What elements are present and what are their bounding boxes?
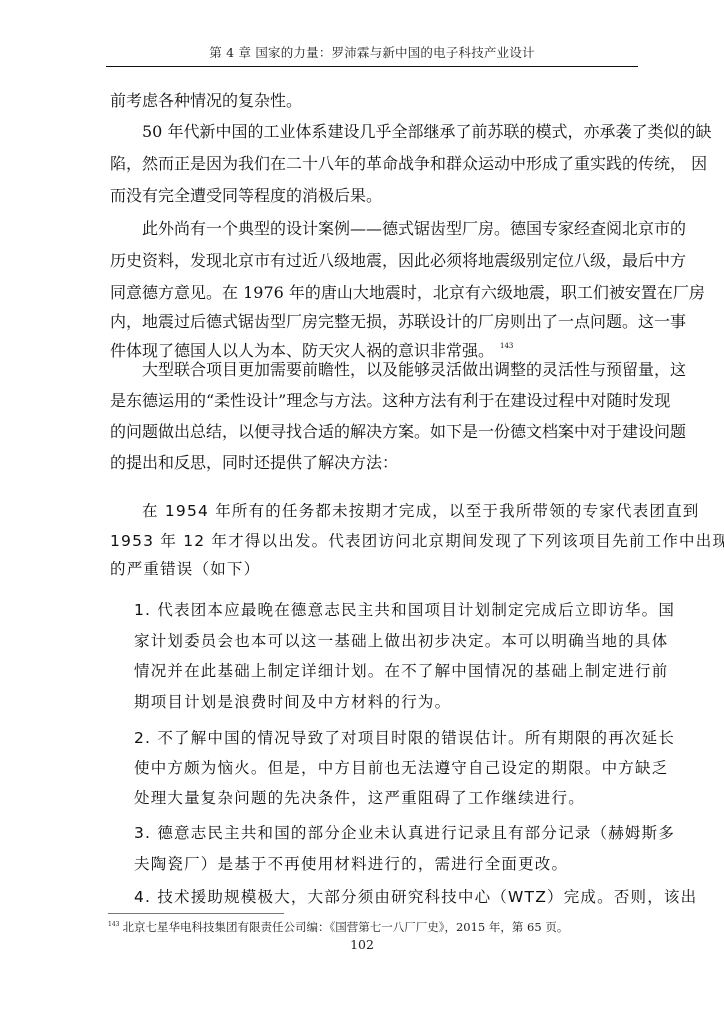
- quote-item-1-line-3: 情况并在此基础上制定详细计划。在不了解中国情况的基础上制定进行前: [134, 661, 612, 681]
- quote-item-2-line-3: 处理大量复杂问题的先决条件，这严重阻碍了工作继续进行。: [134, 788, 612, 808]
- quote-intro-line-2: 1953 年 12 年才得以出发。代表团访问北京期间发现了下列该项目先前工作中出…: [110, 531, 638, 551]
- quote-item-2-line-2: 使中方颇为恼火。但是，中方目前也无法遵守自己设定的期限。中方缺乏: [134, 758, 612, 778]
- paragraph-3-line-3: 的问题做出总结，以便寻找合适的解决方案。如下是一份德文档案中对于建设问题: [110, 422, 638, 442]
- quote-item-1-line-1: 1. 代表团本应最晚在德意志民主共和国项目计划制定完成后立即访华。国: [134, 600, 612, 620]
- document-page: 第 4 章 国家的力量：罗沛霖与新中国的电子科技产业设计 前考虑各种情况的复杂性…: [0, 0, 724, 1023]
- quote-item-4-line-1: 4. 技术援助规模极大，大部分须由研究科技中心（WTZ）完成。否则，该出: [134, 887, 612, 907]
- quote-item-3-line-2: 夫陶瓷厂）是基于不再使用材料进行的，需进行全面更改。: [134, 854, 612, 874]
- quote-item-1-line-2: 家计划委员会也本可以这一基础上做出初步决定。本可以明确当地的具体: [134, 631, 612, 651]
- footnote-text: 北京七星华电科技集团有限责任公司编：《国营第七一八厂厂史》，2015 年，第 6…: [122, 920, 568, 934]
- footnote-number: 143: [108, 921, 119, 928]
- running-header: 第 4 章 国家的力量：罗沛霖与新中国的电子科技产业设计: [106, 43, 638, 61]
- continuation-line: 前考虑各种情况的复杂性。: [110, 91, 638, 111]
- quote-intro-line-3: 的严重错误（如下）: [110, 559, 638, 579]
- paragraph-1-line-1: 50 年代新中国的工业体系建设几乎全部继承了前苏联的模式，亦承袭了类似的缺: [110, 122, 638, 142]
- paragraph-3-line-1: 大型联合项目更加需要前瞻性，以及能够灵活做出调整的灵活性与预留量，这: [110, 360, 638, 380]
- header-rule: [106, 66, 638, 67]
- quote-item-1-line-4: 期项目计划是浪费时间及中方材料的行为。: [134, 692, 612, 712]
- paragraph-1-line-2: 陷，然而正是因为我们在二十八年的革命战争和群众运动中形成了重实践的传统， 因: [110, 154, 638, 174]
- paragraph-3-line-4: 的提出和反思，同时还提供了解决方法：: [110, 453, 638, 473]
- footnote-reference[interactable]: 143: [500, 342, 513, 350]
- paragraph-2-line-5: 件体现了德国人以人为本、防天灾人祸的意识非常强。143: [110, 336, 638, 361]
- paragraph-2-line-3: 同意德方意见。在 1976 年的唐山大地震时，北京有六级地震，职工们被安置在厂房: [110, 283, 638, 303]
- footnote-rule: [108, 913, 284, 914]
- page-number: 102: [0, 937, 724, 952]
- paragraph-2-line-1: 此外尚有一个典型的设计案例——德式锯齿型厂房。德国专家经查阅北京市的: [110, 219, 638, 239]
- paragraph-2-line-4: 内，地震过后德式锯齿型厂房完整无损，苏联设计的厂房则出了一点问题。这一事: [110, 312, 638, 332]
- quote-intro-line-1: 在 1954 年所有的任务都未按期才完成，以至于我所带领的专家代表团直到: [110, 501, 622, 521]
- quote-item-3-line-1: 3. 德意志民主共和国的部分企业未认真进行记录且有部分记录（赫姆斯多: [134, 823, 612, 843]
- footnote: 143北京七星华电科技集团有限责任公司编：《国营第七一八厂厂史》，2015 年，…: [108, 919, 568, 935]
- paragraph-3-line-2: 是东德运用的“柔性设计”理念与方法。这种方法有利于在建设过程中对随时发现: [110, 391, 638, 411]
- paragraph-2-line-2: 历史资料，发现北京市有过近八级地震，因此必须将地震级别定位八级，最后中方: [110, 251, 638, 271]
- quote-item-2-line-1: 2. 不了解中国的情况导致了对项目时限的错误估计。所有期限的再次延长: [134, 728, 612, 748]
- paragraph-1-line-3: 而没有完全遭受同等程度的消极后果。: [110, 186, 638, 206]
- paragraph-2-line-5-text: 件体现了德国人以人为本、防天灾人祸的意识非常强。: [110, 341, 494, 360]
